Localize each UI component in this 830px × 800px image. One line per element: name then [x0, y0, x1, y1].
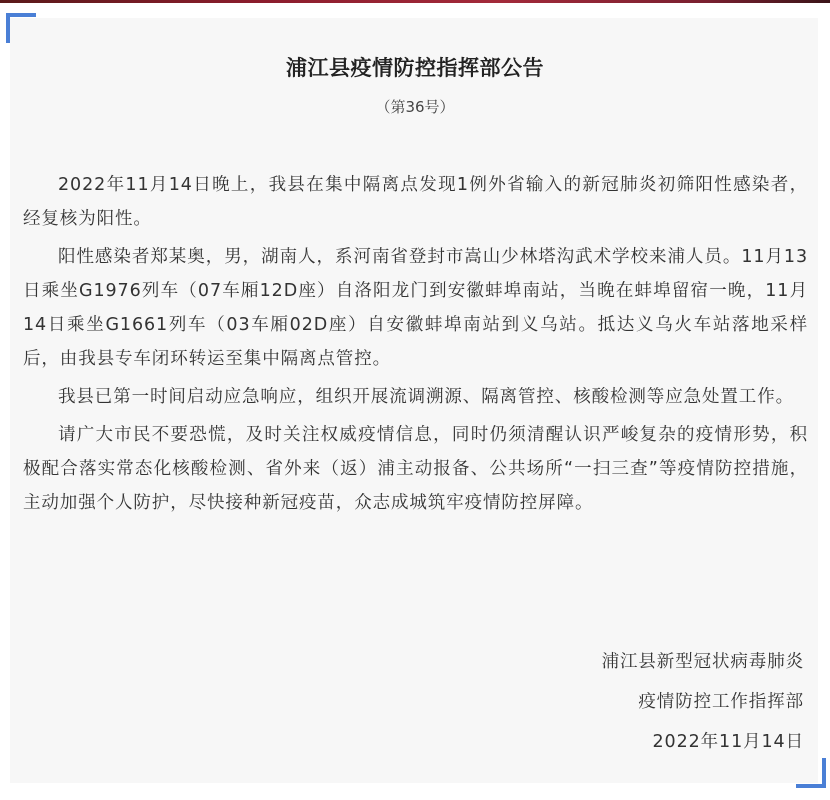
signature-org-line2: 疫情防控工作指挥部 [602, 685, 804, 725]
corner-bracket-top-left-icon [6, 13, 36, 43]
notice-number: （第36号） [0, 96, 830, 117]
signature-date: 2022年11月14日 [602, 725, 804, 765]
paragraph-public-advice: 请广大市民不要恐慌，及时关注权威疫情信息，同时仍须清醒认识严峻复杂的疫情形势，积… [23, 418, 808, 520]
signature-org-line1: 浦江县新型冠状病毒肺炎 [602, 645, 804, 685]
top-banner-strip [0, 0, 830, 3]
paragraph-case-report: 2022年11月14日晚上，我县在集中隔离点发现1例外省输入的新冠肺炎初筛阳性感… [23, 168, 808, 236]
notice-body: 2022年11月14日晚上，我县在集中隔离点发现1例外省输入的新冠肺炎初筛阳性感… [23, 168, 808, 524]
notice-title: 浦江县疫情防控指挥部公告 [0, 52, 830, 82]
paragraph-travel-history: 阳性感染者郑某奥，男，湖南人，系河南省登封市嵩山少林塔沟武术学校来浦人员。11月… [23, 240, 808, 376]
paragraph-emergency-response: 我县已第一时间启动应急响应，组织开展流调溯源、隔离管控、核酸检测等应急处置工作。 [23, 380, 808, 414]
signature-block: 浦江县新型冠状病毒肺炎 疫情防控工作指挥部 2022年11月14日 [602, 645, 804, 765]
